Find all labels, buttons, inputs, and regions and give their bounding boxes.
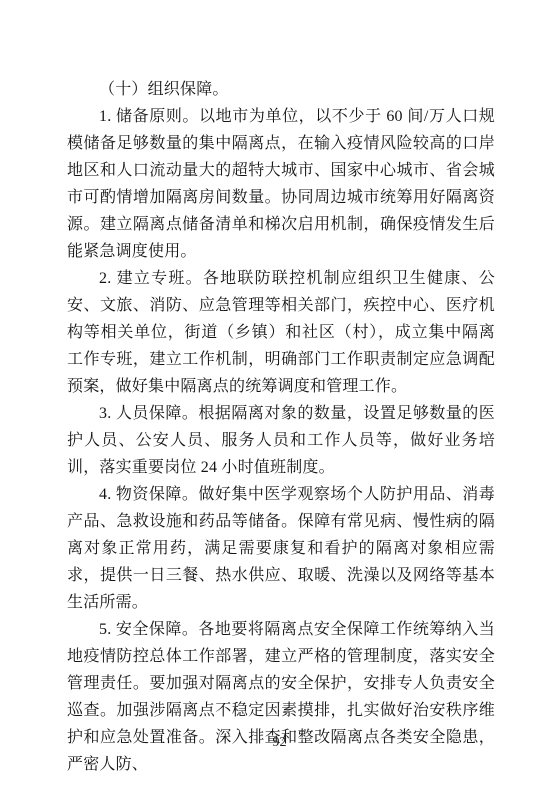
paragraph: 3. 人员保障。根据隔离对象的数量，设置足够数量的医护人员、公安人员、服务人员和…	[67, 400, 495, 481]
page-number: 92	[0, 734, 559, 752]
paragraph: 2. 建立专班。各地联防联控机制应组织卫生健康、公安、文旅、消防、应急管理等相关…	[67, 265, 495, 400]
paragraph: 5. 安全保障。各地要将隔离点安全保障工作统筹纳入当地疫情防控总体工作部署，建立…	[67, 616, 495, 778]
paragraph: 1. 储备原则。以地市为单位，以不少于 60 间/万人口规模储备足够数量的集中隔…	[67, 103, 495, 265]
section-heading: （十）组织保障。	[67, 76, 495, 103]
paragraph: 4. 物资保障。做好集中医学观察场个人防护用品、消毒产品、急救设施和药品等储备。…	[67, 481, 495, 616]
document-page: （十）组织保障。 1. 储备原则。以地市为单位，以不少于 60 间/万人口规模储…	[0, 0, 559, 793]
document-content: （十）组织保障。 1. 储备原则。以地市为单位，以不少于 60 间/万人口规模储…	[67, 76, 495, 778]
